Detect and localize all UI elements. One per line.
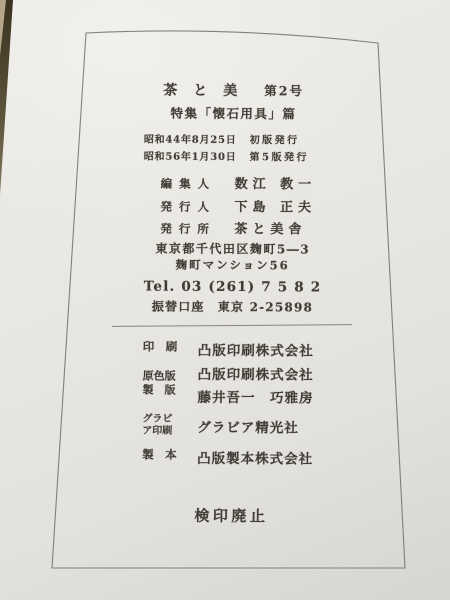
production-row: グラビ ア印刷 グラビア精光社 bbox=[142, 414, 299, 438]
production-value: 凸版印刷株式会社 藤井吾一 巧雅房 bbox=[197, 364, 313, 411]
staff-role: 発 行 人 bbox=[160, 198, 210, 214]
production-role: 製 本 bbox=[142, 447, 182, 467]
telephone-line: Tel. 03 (261) 7 5 8 2 bbox=[15, 278, 450, 296]
staff-name: 数江 教一 bbox=[235, 173, 317, 192]
edition-row: 昭和56年1月30日第5版発行 bbox=[144, 149, 309, 166]
edition-label: 初版発行 bbox=[250, 135, 300, 146]
staff-row: 発 行 人 下島 正夫 bbox=[160, 195, 316, 218]
page-title: 茶 と 美 bbox=[163, 83, 238, 99]
staff-role: 編 集 人 bbox=[161, 176, 211, 192]
colophon-content: 茶 と 美第2号 特集「懐石用具」篇 昭和44年8月25日初版発行 昭和56年1… bbox=[13, 0, 450, 600]
staff-row: 編 集 人 数江 教一 bbox=[161, 173, 317, 196]
production-role: グラビ ア印刷 bbox=[142, 414, 182, 437]
production-value: グラビア精光社 bbox=[197, 415, 299, 436]
staff-table: 編 集 人 数江 教一 発 行 人 下島 正夫 発 行 所 茶と美舎 bbox=[160, 173, 316, 241]
edition-row: 昭和44年8月25日初版発行 bbox=[144, 133, 309, 150]
issue-number: 第2号 bbox=[264, 83, 304, 98]
staff-name: 下島 正夫 bbox=[234, 196, 316, 215]
edition-date: 昭和44年8月25日 bbox=[144, 135, 237, 146]
edition-label: 第5版発行 bbox=[250, 152, 310, 163]
title-line: 茶 と 美第2号 bbox=[16, 79, 450, 101]
postal-account-line: 振替口座 東京 2-25898 bbox=[15, 297, 450, 316]
production-role: 原色版 製 版 bbox=[142, 364, 182, 410]
address-line-2: 麹町マンション56 bbox=[15, 256, 450, 274]
staff-row: 発 行 所 茶と美舎 bbox=[160, 218, 316, 241]
staff-role: 発 行 所 bbox=[160, 221, 210, 237]
special-feature-subtitle: 特集「懐石用具」篇 bbox=[16, 103, 450, 123]
inspection-stamp-note: 検印廃止 bbox=[14, 504, 449, 527]
edition-dates: 昭和44年8月25日初版発行 昭和56年1月30日第5版発行 bbox=[144, 133, 309, 167]
production-row: 印 刷 凸版印刷株式会社 bbox=[143, 339, 314, 360]
production-row: 製 本 凸版製本株式会社 bbox=[142, 447, 313, 468]
divider-rule bbox=[112, 324, 352, 327]
book-page-photo: 茶 と 美第2号 特集「懐石用具」篇 昭和44年8月25日初版発行 昭和56年1… bbox=[0, 0, 450, 600]
production-row: 原色版 製 版 凸版印刷株式会社 藤井吾一 巧雅房 bbox=[142, 364, 313, 411]
production-value: 凸版製本株式会社 bbox=[197, 447, 313, 468]
staff-name: 茶と美舎 bbox=[234, 218, 306, 237]
production-role: 印 刷 bbox=[143, 339, 183, 359]
production-value: 凸版印刷株式会社 bbox=[198, 339, 314, 360]
edition-date: 昭和56年1月30日 bbox=[144, 151, 237, 162]
